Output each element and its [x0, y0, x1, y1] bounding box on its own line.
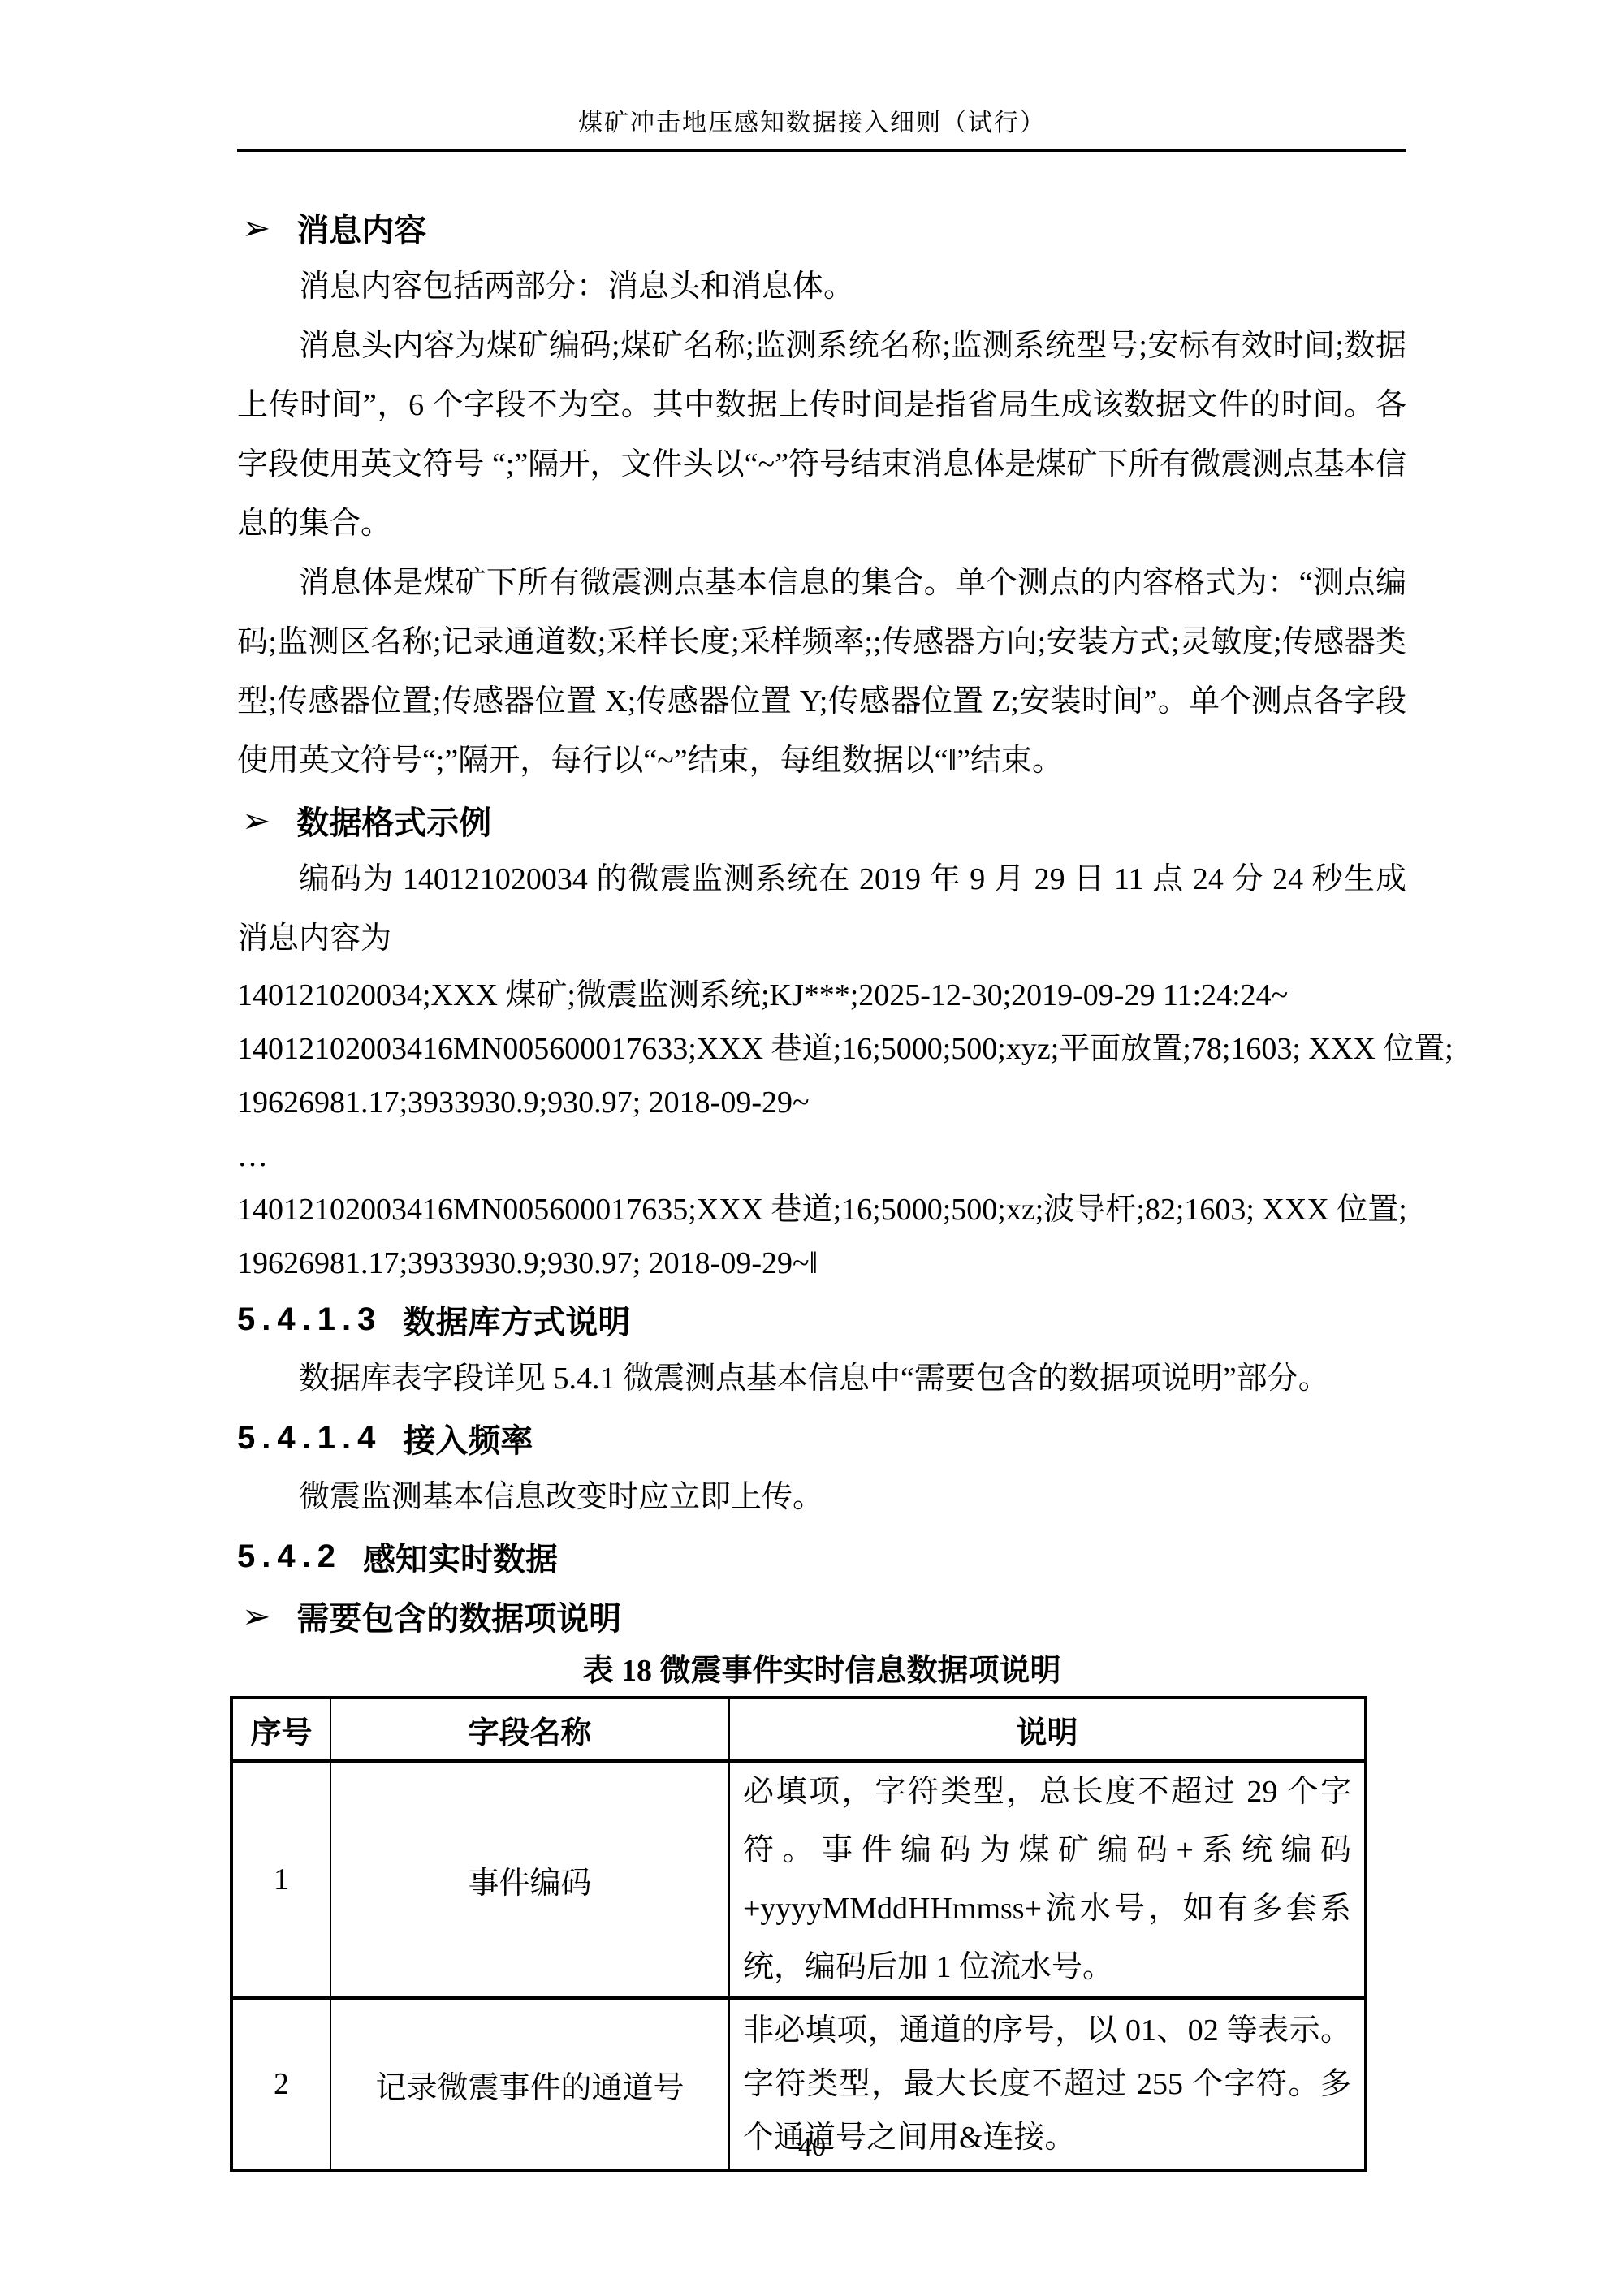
bullet-heading-label: 消息内容 [296, 205, 426, 251]
column-header-description: 说明 [729, 1698, 1366, 1761]
heading-title: 数据库方式说明 [403, 1297, 630, 1343]
document-body: ➢ 消息内容 消息内容包括两部分：消息头和消息体。 消息头内容为煤矿编码;煤矿名… [237, 198, 1406, 2172]
table-row: 1 事件编码 必填项，字符类型，总长度不超过 29 个字符。事件编码为煤矿编码+… [231, 1761, 1366, 1998]
heading-5-4-1-4: 5.4.1.4 接入频率 [237, 1409, 1406, 1468]
heading-5-4-2: 5.4.2 感知实时数据 [237, 1527, 1406, 1586]
heading-title: 感知实时数据 [363, 1534, 558, 1580]
example-data-line: 140121020034;XXX 煤矿;微震监测系统;KJ***;2025-12… [237, 969, 1406, 1022]
paragraph-upload-frequency: 微震监测基本信息改变时应立即上传。 [237, 1468, 1406, 1527]
arrow-bullet-icon: ➢ [237, 208, 270, 248]
page-number: 40 [0, 2132, 1624, 2163]
example-data-line: 19626981.17;3933930.9;930.97; 2018-09-29… [237, 1076, 1406, 1129]
heading-number: 5.4.1.3 [237, 1301, 382, 1338]
table-header-row: 序号 字段名称 说明 [231, 1698, 1366, 1761]
example-data-line: 14012102003416MN005600017633;XXX 巷道;16;5… [237, 1022, 1406, 1076]
arrow-bullet-icon: ➢ [237, 1596, 270, 1636]
bullet-heading-data-format-example: ➢ 数据格式示例 [237, 791, 1406, 850]
paragraph-example-intro: 编码为 140121020034 的微震监测系统在 2019 年 9 月 29 … [237, 850, 1406, 969]
heading-title: 接入频率 [403, 1415, 533, 1461]
bullet-heading-required-data-items: ➢ 需要包含的数据项说明 [237, 1586, 1406, 1646]
cell-index: 1 [231, 1761, 330, 1998]
cell-description: 必填项，字符类型，总长度不超过 29 个字符。事件编码为煤矿编码+系统编码+yy… [729, 1761, 1366, 1998]
bullet-heading-label: 需要包含的数据项说明 [296, 1593, 621, 1639]
column-header-index: 序号 [231, 1698, 330, 1761]
data-items-table: 序号 字段名称 说明 1 事件编码 必填项，字符类型，总长度不超过 29 个字符… [230, 1696, 1367, 2172]
example-data-line: 19626981.17;3933930.9;930.97; 2018-09-29… [237, 1236, 1406, 1290]
bullet-heading-message-content: ➢ 消息内容 [237, 198, 1406, 257]
bullet-heading-label: 数据格式示例 [296, 797, 491, 844]
cell-field-name: 事件编码 [330, 1761, 729, 1998]
paragraph-message-parts: 消息内容包括两部分：消息头和消息体。 [237, 257, 1406, 317]
table-caption: 表 18 微震事件实时信息数据项说明 [237, 1646, 1406, 1696]
paragraph-database-fields: 数据库表字段详见 5.4.1 微震测点基本信息中“需要包含的数据项说明”部分。 [237, 1349, 1406, 1409]
paragraph-message-body: 消息体是煤矿下所有微震测点基本信息的集合。单个测点的内容格式为：“测点编码;监测… [237, 554, 1406, 791]
example-data-line-ellipsis: … [237, 1129, 1406, 1183]
header-rule [237, 149, 1406, 152]
heading-5-4-1-3: 5.4.1.3 数据库方式说明 [237, 1290, 1406, 1349]
heading-number: 5.4.1.4 [237, 1420, 382, 1457]
document-page: 煤矿冲击地压感知数据接入细则（试行） ➢ 消息内容 消息内容包括两部分：消息头和… [0, 0, 1624, 2296]
paragraph-message-header: 消息头内容为煤矿编码;煤矿名称;监测系统名称;监测系统型号;安标有效时间;数据上… [237, 317, 1406, 554]
arrow-bullet-icon: ➢ [237, 801, 270, 840]
document-header-title: 煤矿冲击地压感知数据接入细则（试行） [0, 102, 1624, 138]
heading-number: 5.4.2 [237, 1539, 342, 1575]
example-data-line: 14012102003416MN005600017635;XXX 巷道;16;5… [237, 1183, 1406, 1236]
column-header-field-name: 字段名称 [330, 1698, 729, 1761]
